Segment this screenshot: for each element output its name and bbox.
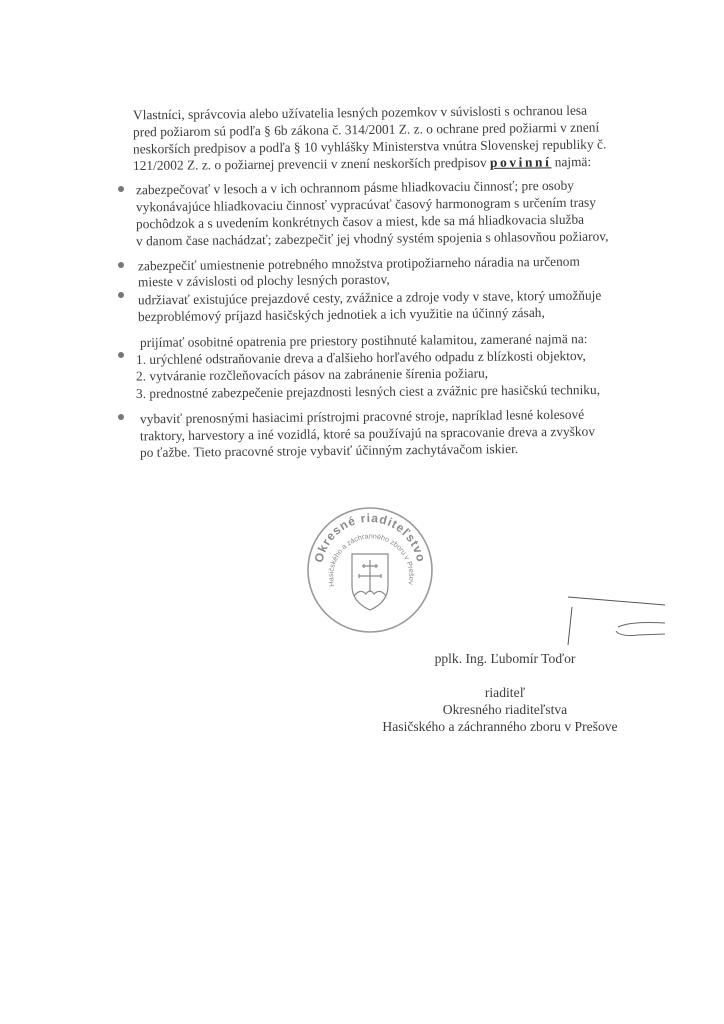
list-item-line: bezproblémový príjazd hasičských jednoti…: [138, 305, 545, 324]
sub-item: 3. prednostné zabezpečenie prejazdnosti …: [136, 382, 600, 401]
bullet-icon: [118, 292, 124, 298]
document-page: Vlastníci, správcovia alebo užívatelia l…: [0, 0, 724, 1024]
signatory-title: riaditeľ: [380, 685, 630, 700]
list-item-line: v danom čase nachádzať; zabezpečiť jej v…: [136, 229, 609, 249]
list-item-line: prijímať osobitné opatrenia pre priestor…: [140, 331, 588, 350]
sub-item: 1. urýchlené odstraňovanie dreva a ďalši…: [136, 348, 586, 367]
slovak-coat-of-arms-icon: [352, 554, 388, 610]
intro-line-text: 121/2002 Z. z. o požiarnej prevencii v z…: [133, 155, 487, 173]
bullet-icon: [118, 186, 124, 192]
official-stamp: Okresné riaditeľstvo Hasičského a záchra…: [304, 504, 436, 636]
signatory-name: pplk. Ing. Ľubomír Toďor: [380, 651, 630, 666]
bullet-icon: [118, 262, 124, 268]
bullet-icon: [118, 352, 124, 358]
intro-line-text: najmä:: [555, 154, 592, 169]
emphasis-povinni: povinní: [490, 154, 552, 170]
bullet-icon: [118, 414, 124, 420]
signatory-org-line: Okresného riaditeľstva: [380, 702, 630, 717]
list-item-line: traktory, harvestory a iné vozidlá, ktor…: [140, 424, 595, 444]
list-item-line: po ťažbe. Tieto pracovné stroje vybaviť …: [140, 441, 518, 460]
intro-line: 121/2002 Z. z. o požiarnej prevencii v z…: [133, 154, 591, 173]
signatory-org-line: Hasičského a záchranného zboru v Prešove: [350, 719, 650, 734]
sub-item: 2. vytváranie rozčleňovacích pásov na za…: [136, 365, 488, 383]
list-item-line: zabezpečiť umiestnenie potrebného množst…: [138, 254, 580, 274]
handwritten-signature: [560, 585, 670, 655]
list-item-line: mieste v závislosti od plochy lesných po…: [138, 272, 390, 290]
